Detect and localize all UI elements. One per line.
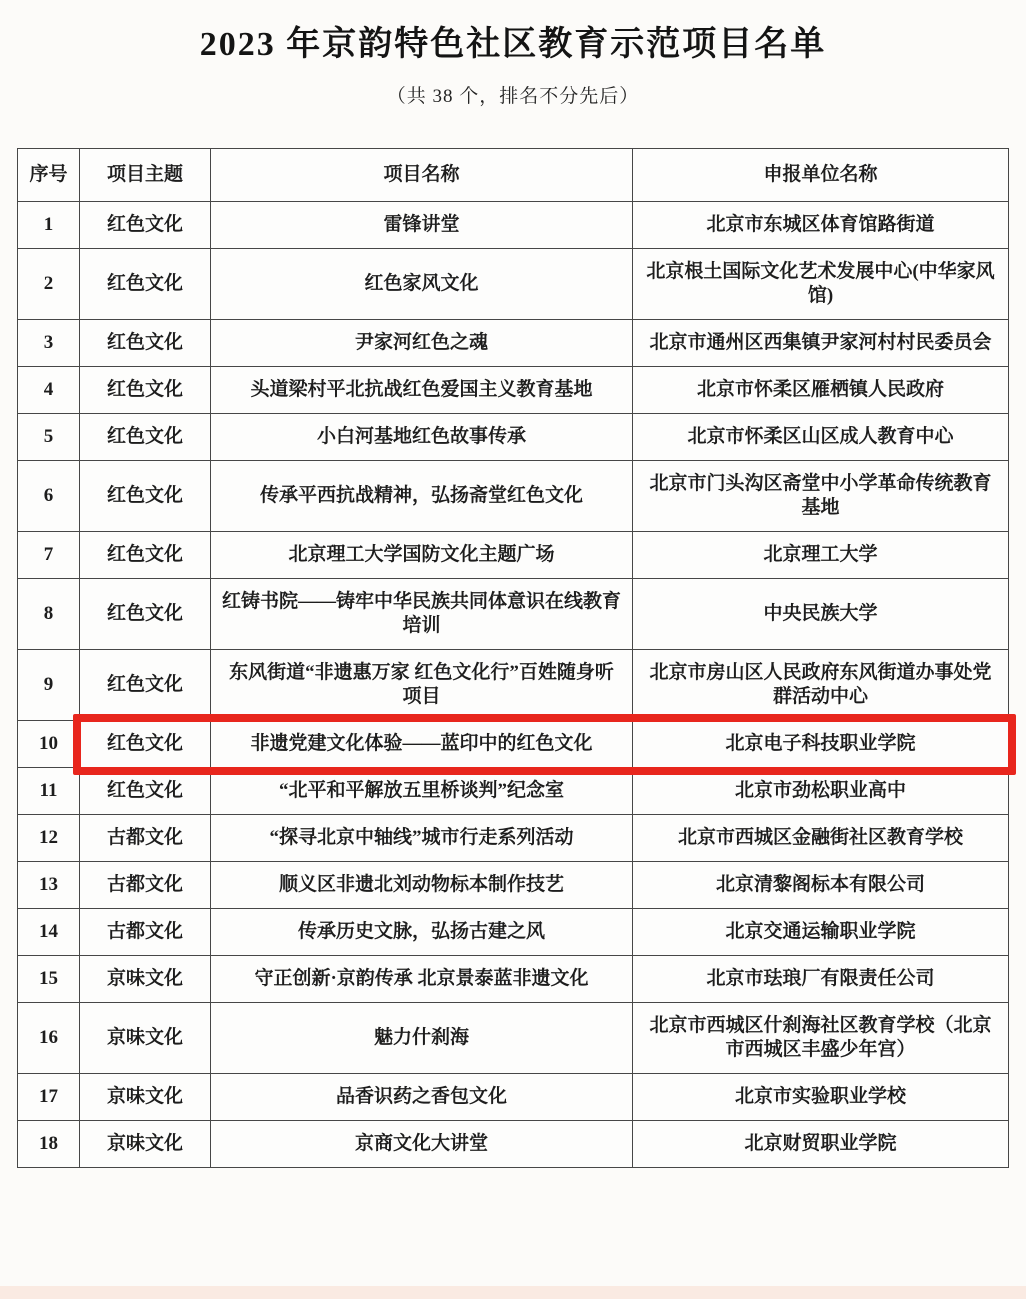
cell-theme: 京味文化	[80, 1003, 211, 1074]
cell-no: 11	[18, 768, 80, 815]
cell-project: 传承平西抗战精神，弘扬斋堂红色文化	[211, 461, 633, 532]
cell-project: 守正创新·京韵传承 北京景泰蓝非遗文化	[211, 956, 633, 1003]
column-header: 序号	[18, 149, 80, 202]
cell-org: 北京交通运输职业学院	[633, 909, 1009, 956]
bottom-tint-band	[0, 1286, 1026, 1299]
cell-org: 北京清黎阁标本有限公司	[633, 862, 1009, 909]
cell-org: 中央民族大学	[633, 579, 1009, 650]
cell-no: 8	[18, 579, 80, 650]
table-row: 3红色文化尹家河红色之魂北京市通州区西集镇尹家河村村民委员会	[18, 320, 1009, 367]
cell-project: 雷锋讲堂	[211, 202, 633, 249]
cell-project: 红铸书院——铸牢中华民族共同体意识在线教育培训	[211, 579, 633, 650]
table-row: 5红色文化小白河基地红色故事传承北京市怀柔区山区成人教育中心	[18, 414, 1009, 461]
cell-theme: 古都文化	[80, 862, 211, 909]
cell-no: 1	[18, 202, 80, 249]
cell-org: 北京市怀柔区雁栖镇人民政府	[633, 367, 1009, 414]
cell-no: 13	[18, 862, 80, 909]
cell-no: 6	[18, 461, 80, 532]
cell-theme: 京味文化	[80, 1074, 211, 1121]
cell-org: 北京市怀柔区山区成人教育中心	[633, 414, 1009, 461]
cell-project: 东风街道“非遗惠万家 红色文化行”百姓随身听项目	[211, 650, 633, 721]
table-row: 4红色文化头道梁村平北抗战红色爱国主义教育基地北京市怀柔区雁栖镇人民政府	[18, 367, 1009, 414]
projects-table: 序号项目主题项目名称申报单位名称 1红色文化雷锋讲堂北京市东城区体育馆路街道2红…	[17, 148, 1009, 1168]
cell-theme: 古都文化	[80, 815, 211, 862]
table-row: 8红色文化红铸书院——铸牢中华民族共同体意识在线教育培训中央民族大学	[18, 579, 1009, 650]
cell-no: 2	[18, 249, 80, 320]
table-row: 6红色文化传承平西抗战精神，弘扬斋堂红色文化北京市门头沟区斋堂中小学革命传统教育…	[18, 461, 1009, 532]
cell-org: 北京市东城区体育馆路街道	[633, 202, 1009, 249]
column-header: 项目名称	[211, 149, 633, 202]
cell-no: 18	[18, 1121, 80, 1168]
table-row: 12古都文化“探寻北京中轴线”城市行走系列活动北京市西城区金融街社区教育学校	[18, 815, 1009, 862]
cell-theme: 红色文化	[80, 461, 211, 532]
cell-org: 北京财贸职业学院	[633, 1121, 1009, 1168]
cell-project: 北京理工大学国防文化主题广场	[211, 532, 633, 579]
table-row: 2红色文化红色家风文化北京根土国际文化艺术发展中心(中华家风馆)	[18, 249, 1009, 320]
cell-org: 北京市劲松职业高中	[633, 768, 1009, 815]
table-row: 18京味文化京商文化大讲堂北京财贸职业学院	[18, 1121, 1009, 1168]
table-row: 14古都文化传承历史文脉，弘扬古建之风北京交通运输职业学院	[18, 909, 1009, 956]
cell-project: 尹家河红色之魂	[211, 320, 633, 367]
cell-org: 北京市实验职业学校	[633, 1074, 1009, 1121]
cell-theme: 红色文化	[80, 532, 211, 579]
cell-theme: 红色文化	[80, 650, 211, 721]
cell-theme: 京味文化	[80, 1121, 211, 1168]
table-body: 1红色文化雷锋讲堂北京市东城区体育馆路街道2红色文化红色家风文化北京根土国际文化…	[18, 202, 1009, 1168]
page-title: 2023 年京韵特色社区教育示范项目名单	[0, 0, 1026, 65]
cell-org: 北京市通州区西集镇尹家河村村民委员会	[633, 320, 1009, 367]
cell-no: 10	[18, 721, 80, 768]
cell-theme: 京味文化	[80, 956, 211, 1003]
cell-theme: 红色文化	[80, 768, 211, 815]
cell-theme: 红色文化	[80, 249, 211, 320]
cell-no: 4	[18, 367, 80, 414]
cell-project: 小白河基地红色故事传承	[211, 414, 633, 461]
column-header: 项目主题	[80, 149, 211, 202]
cell-theme: 红色文化	[80, 202, 211, 249]
cell-org: 北京理工大学	[633, 532, 1009, 579]
cell-no: 5	[18, 414, 80, 461]
cell-project: 非遗党建文化体验——蓝印中的红色文化	[211, 721, 633, 768]
cell-no: 3	[18, 320, 80, 367]
cell-org: 北京电子科技职业学院	[633, 721, 1009, 768]
cell-no: 15	[18, 956, 80, 1003]
cell-org: 北京市门头沟区斋堂中小学革命传统教育基地	[633, 461, 1009, 532]
table-row: 15京味文化守正创新·京韵传承 北京景泰蓝非遗文化北京市珐琅厂有限责任公司	[18, 956, 1009, 1003]
cell-org: 北京市西城区金融街社区教育学校	[633, 815, 1009, 862]
cell-project: 传承历史文脉，弘扬古建之风	[211, 909, 633, 956]
table-row: 7红色文化北京理工大学国防文化主题广场北京理工大学	[18, 532, 1009, 579]
page-subtitle: （共 38 个，排名不分先后）	[0, 81, 1026, 108]
cell-project: 红色家风文化	[211, 249, 633, 320]
table-row: 16京味文化魅力什刹海北京市西城区什刹海社区教育学校（北京市西城区丰盛少年宫）	[18, 1003, 1009, 1074]
table-row: 10红色文化非遗党建文化体验——蓝印中的红色文化北京电子科技职业学院	[18, 721, 1009, 768]
cell-no: 16	[18, 1003, 80, 1074]
cell-no: 9	[18, 650, 80, 721]
table-header-row: 序号项目主题项目名称申报单位名称	[18, 149, 1009, 202]
cell-theme: 红色文化	[80, 367, 211, 414]
table-row: 13古都文化顺义区非遗北刘动物标本制作技艺北京清黎阁标本有限公司	[18, 862, 1009, 909]
cell-org: 北京根土国际文化艺术发展中心(中华家风馆)	[633, 249, 1009, 320]
cell-theme: 古都文化	[80, 909, 211, 956]
cell-project: 顺义区非遗北刘动物标本制作技艺	[211, 862, 633, 909]
cell-theme: 红色文化	[80, 579, 211, 650]
cell-org: 北京市房山区人民政府东风街道办事处党群活动中心	[633, 650, 1009, 721]
cell-project: 京商文化大讲堂	[211, 1121, 633, 1168]
cell-project: “北平和平解放五里桥谈判”纪念室	[211, 768, 633, 815]
table-row: 11红色文化“北平和平解放五里桥谈判”纪念室北京市劲松职业高中	[18, 768, 1009, 815]
document-page: 2023 年京韵特色社区教育示范项目名单 （共 38 个，排名不分先后） 序号项…	[0, 0, 1026, 1299]
cell-org: 北京市西城区什刹海社区教育学校（北京市西城区丰盛少年宫）	[633, 1003, 1009, 1074]
cell-project: 品香识药之香包文化	[211, 1074, 633, 1121]
cell-project: 头道梁村平北抗战红色爱国主义教育基地	[211, 367, 633, 414]
cell-theme: 红色文化	[80, 721, 211, 768]
cell-no: 17	[18, 1074, 80, 1121]
cell-no: 7	[18, 532, 80, 579]
table-row: 1红色文化雷锋讲堂北京市东城区体育馆路街道	[18, 202, 1009, 249]
cell-no: 14	[18, 909, 80, 956]
cell-project: “探寻北京中轴线”城市行走系列活动	[211, 815, 633, 862]
table-row: 17京味文化品香识药之香包文化北京市实验职业学校	[18, 1074, 1009, 1121]
cell-theme: 红色文化	[80, 414, 211, 461]
table-row: 9红色文化东风街道“非遗惠万家 红色文化行”百姓随身听项目北京市房山区人民政府东…	[18, 650, 1009, 721]
cell-project: 魅力什刹海	[211, 1003, 633, 1074]
column-header: 申报单位名称	[633, 149, 1009, 202]
cell-no: 12	[18, 815, 80, 862]
cell-theme: 红色文化	[80, 320, 211, 367]
cell-org: 北京市珐琅厂有限责任公司	[633, 956, 1009, 1003]
